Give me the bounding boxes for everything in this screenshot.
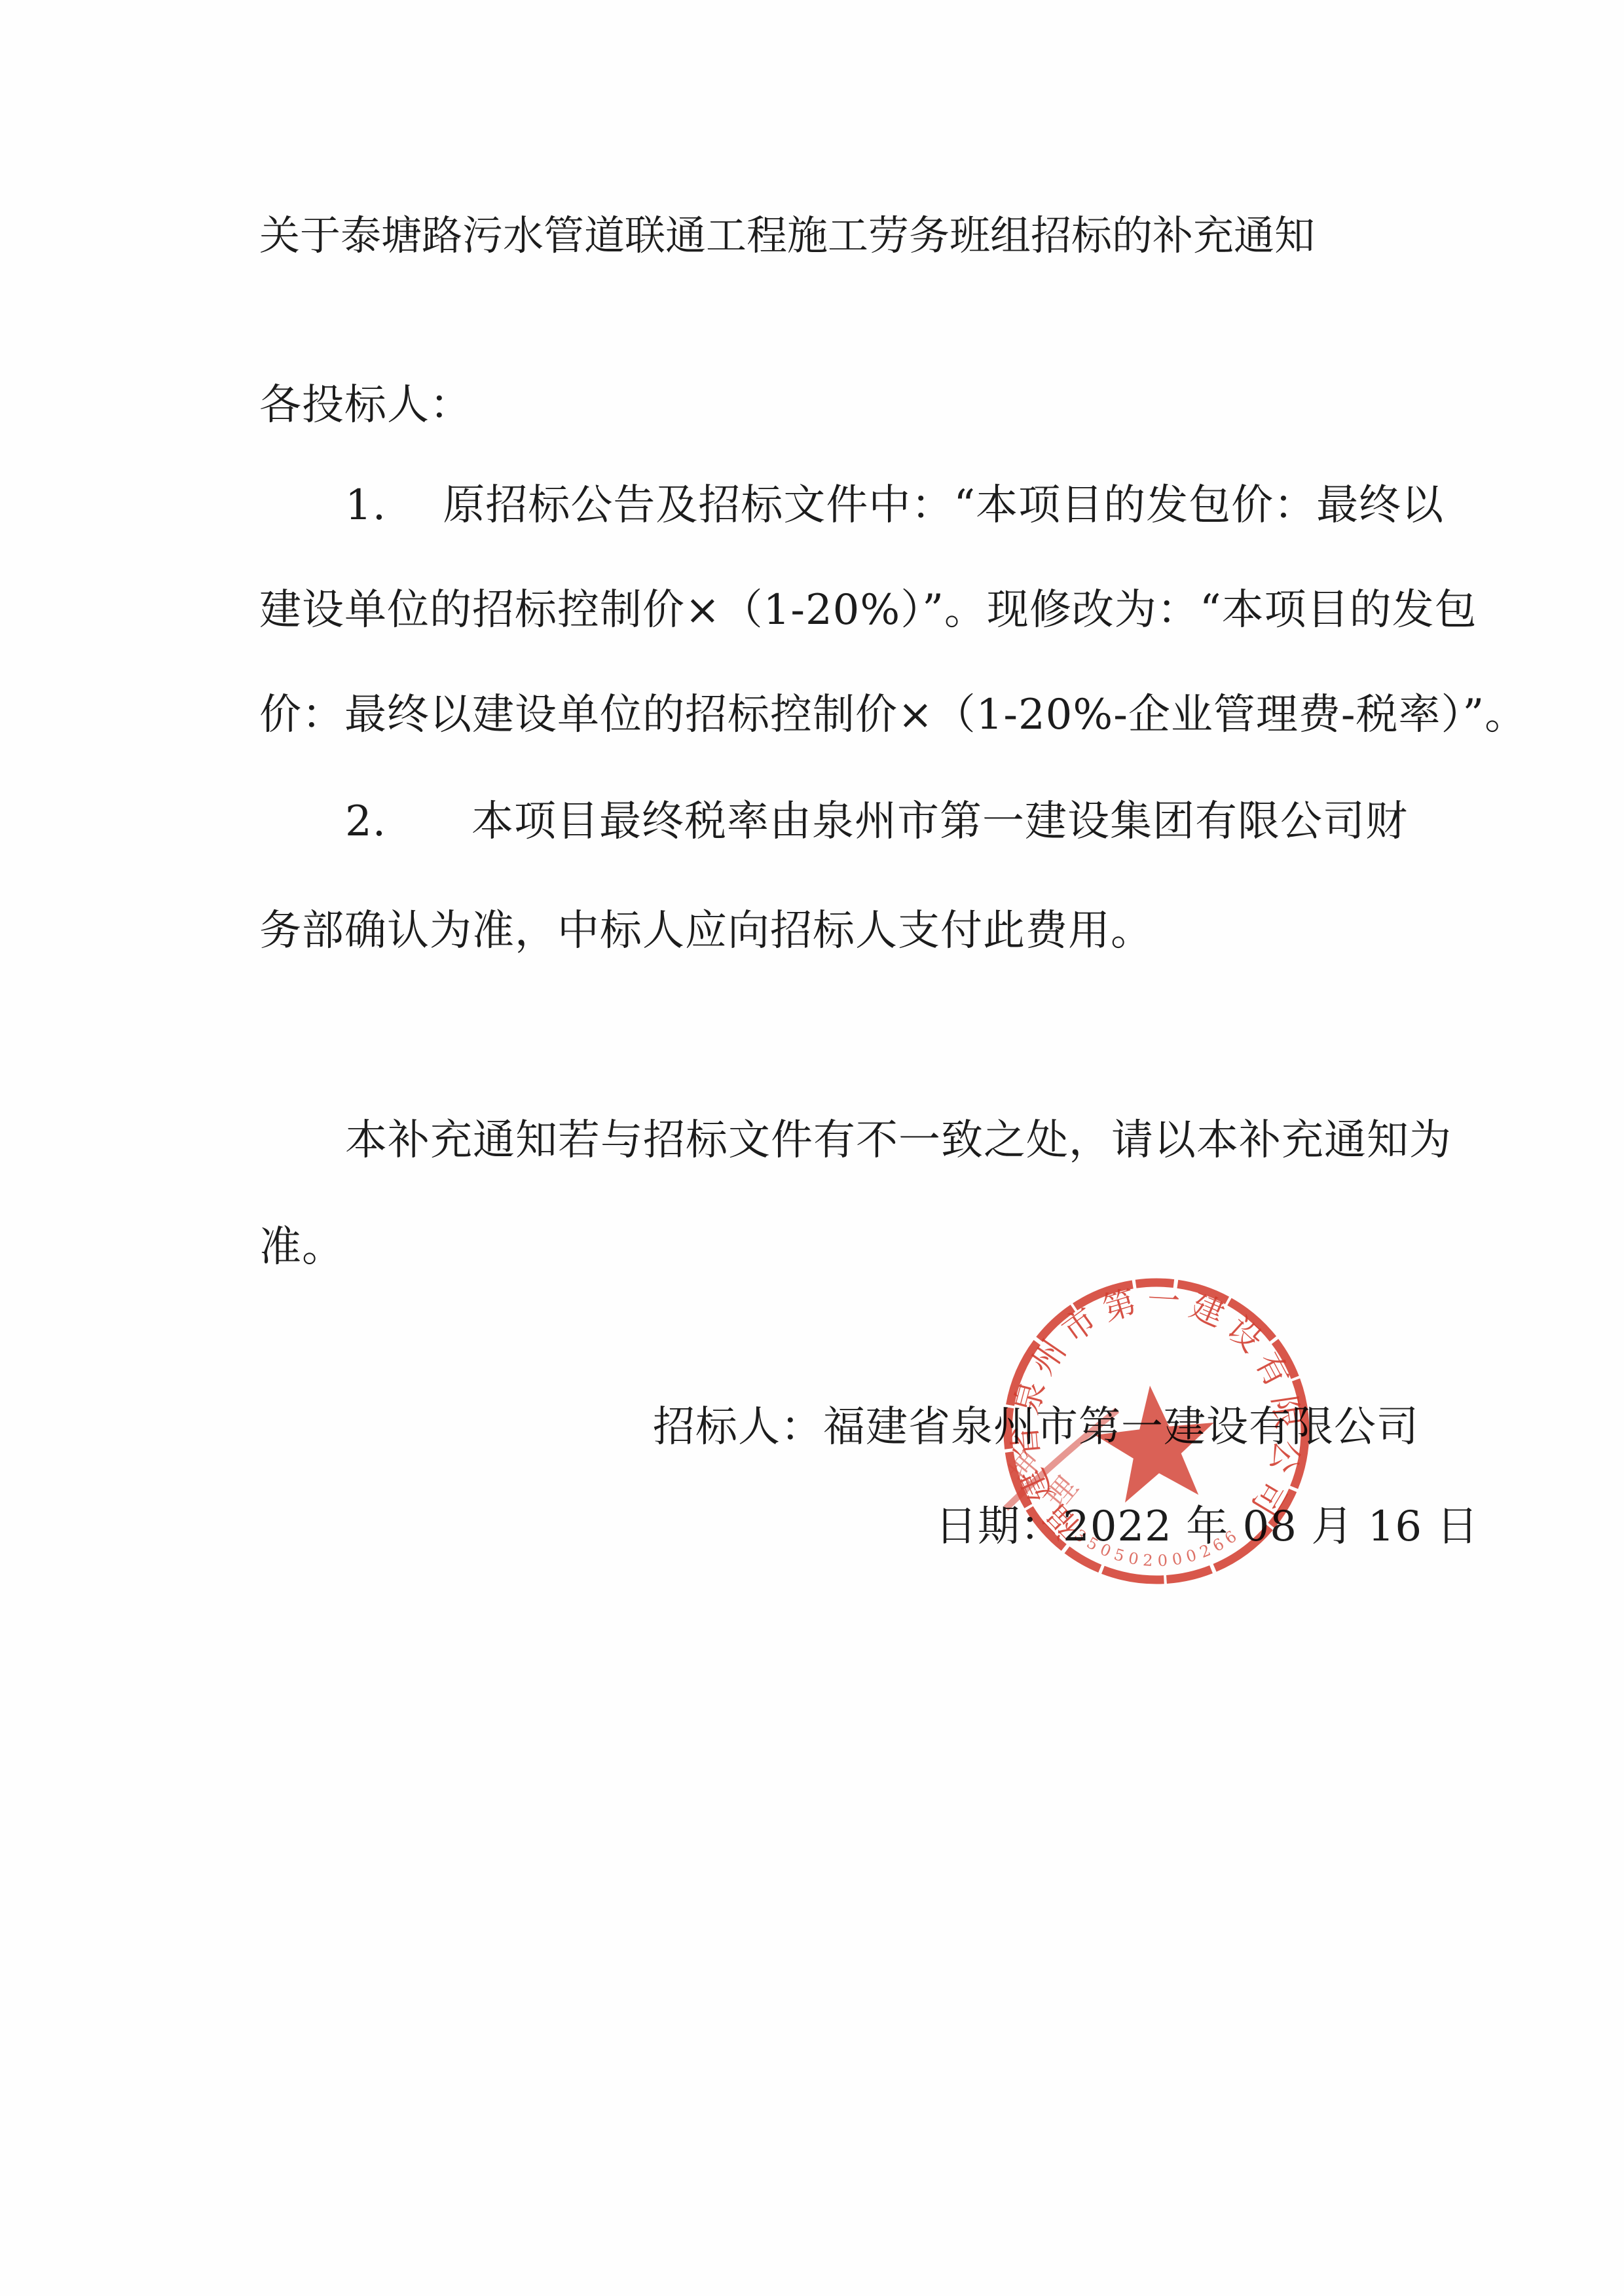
closing-line2: 准。 <box>259 1226 344 1269</box>
svg-text:0: 0 <box>1184 1546 1198 1566</box>
svg-text:5: 5 <box>1112 1545 1127 1565</box>
svg-text:一: 一 <box>1147 1281 1181 1321</box>
svg-text:0: 0 <box>1127 1549 1140 1569</box>
svg-text:6: 6 <box>1221 1527 1240 1548</box>
svg-text:司: 司 <box>1244 1474 1293 1522</box>
svg-text:市: 市 <box>1055 1300 1104 1350</box>
svg-text:0: 0 <box>1157 1551 1168 1570</box>
svg-text:州: 州 <box>1024 1333 1073 1381</box>
svg-text:0: 0 <box>1098 1540 1114 1561</box>
paragraph1-line2: 建设单位的招标控制价×（1-20%）”。现修改为：“本项目的发包 <box>259 589 1477 632</box>
svg-text:有: 有 <box>1247 1346 1297 1393</box>
svg-text:5: 5 <box>1084 1533 1101 1554</box>
paragraph1-line3: 价：最终以建设单位的招标控制价×（1-20%-企业管理费-税率）”。 <box>259 693 1527 737</box>
svg-text:2: 2 <box>1197 1541 1213 1562</box>
svg-text:2: 2 <box>1142 1551 1153 1570</box>
salutation: 各投标人： <box>259 384 472 428</box>
paragraph1-line1: 1. 原招标公告及招标文件中：“本项目的发包价：最终以 <box>345 484 1444 528</box>
closing-line1: 本补充通知若与招标文件有不一致之处，请以本补充通知为 <box>345 1119 1452 1163</box>
company-seal-icon: 福建省泉州市第一建设有限公司 350502000266 押理 <box>999 1274 1314 1588</box>
svg-text:0: 0 <box>1171 1549 1184 1569</box>
paragraph2-line1: 2. 本项目最终税率由泉州市第一建设集团有限公司财 <box>345 800 1408 844</box>
company-seal: 福建省泉州市第一建设有限公司 350502000266 押理 <box>999 1274 1314 1588</box>
document-page: 关于泰塘路污水管道联通工程施工劳务班组招标的补充通知 各投标人： 1. 原招标公… <box>0 0 1624 2296</box>
svg-text:第: 第 <box>1098 1283 1140 1328</box>
svg-text:限: 限 <box>1265 1393 1308 1431</box>
seal-star-icon <box>1095 1386 1214 1503</box>
document-title: 关于泰塘路污水管道联通工程施工劳务班组招标的补充通知 <box>259 214 1315 257</box>
paragraph2-line2: 务部确认为准，中标人应向招标人支付此费用。 <box>259 909 1153 953</box>
svg-text:公: 公 <box>1263 1437 1307 1476</box>
svg-text:泉: 泉 <box>1007 1377 1052 1418</box>
svg-text:设: 设 <box>1220 1309 1270 1360</box>
overlapping-seal: 押理 <box>1002 1410 1117 1516</box>
